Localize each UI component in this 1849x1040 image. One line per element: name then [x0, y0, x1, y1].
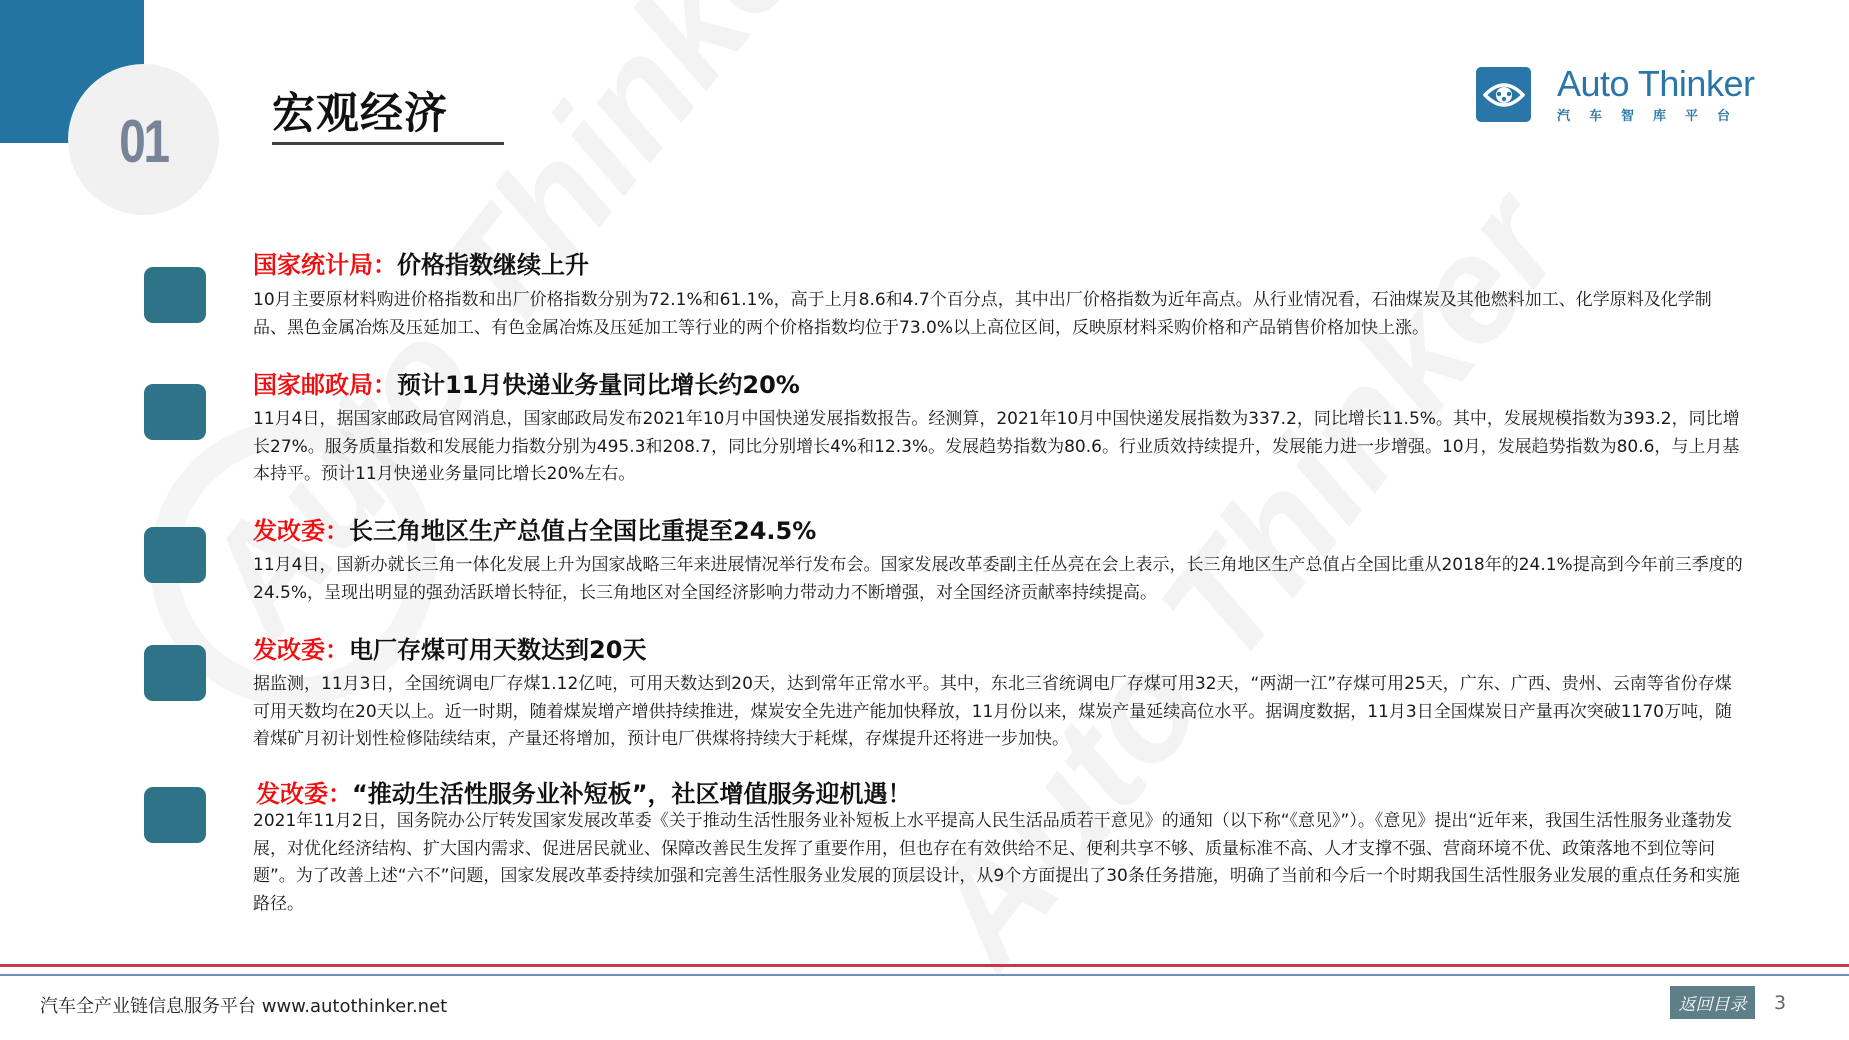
bullet-marker [144, 267, 206, 323]
eye-logo-icon [1476, 67, 1531, 122]
section-headline: 预计11月快递业务量同比增长约20% [397, 371, 800, 399]
bullet-marker [144, 527, 206, 583]
section-headline: 价格指数继续上升 [397, 251, 589, 279]
section-number-badge: 01 [68, 64, 219, 215]
section-number: 01 [119, 107, 168, 176]
bullet-marker [144, 645, 206, 701]
section-source: 国家统计局： [253, 251, 397, 279]
section-body: 据监测，11月3日，全国统调电厂存煤1.12亿吨，可用天数达到20天，达到常年正… [253, 671, 1743, 754]
section-title: 国家统计局：价格指数继续上升 [253, 245, 589, 280]
section-source: 发改委： [256, 780, 352, 808]
section-title: 发改委：长三角地区生产总值占全国比重提至24.5% [253, 511, 816, 546]
logo-subtitle: 汽车智库平台 [1557, 105, 1754, 124]
footer-site-text: 汽车全产业链信息服务平台 www.autothinker.net [40, 992, 447, 1018]
footer-divider-red [0, 964, 1849, 967]
page-number: 3 [1774, 992, 1786, 1014]
section-source: 国家邮政局： [253, 371, 397, 399]
section-body: 11月4日，国新办就长三角一体化发展上升为国家战略三年来进展情况举行发布会。国家… [253, 552, 1743, 607]
section-headline: 电厂存煤可用天数达到20天 [349, 636, 646, 664]
section-title: 发改委：“推动生活性服务业补短板”，社区增值服务迎机遇！ [256, 774, 912, 809]
bullet-marker [144, 384, 206, 440]
title-underline [272, 142, 504, 145]
section-title: 国家邮政局：预计11月快递业务量同比增长约20% [253, 365, 800, 400]
section-title: 发改委：电厂存煤可用天数达到20天 [253, 630, 646, 665]
brand-logo: Auto Thinker 汽车智库平台 [1476, 67, 1754, 124]
section-body: 10月主要原材料购进价格指数和出厂价格指数分别为72.1%和61.1%，高于上月… [253, 287, 1743, 342]
section-headline: “推动生活性服务业补短板”，社区增值服务迎机遇！ [352, 780, 912, 808]
section-source: 发改委： [253, 517, 349, 545]
footer-divider-blue [0, 974, 1849, 976]
bullet-marker [144, 787, 206, 843]
back-to-contents-button[interactable]: 返回目录 [1670, 986, 1755, 1019]
section-headline: 长三角地区生产总值占全国比重提至24.5% [349, 517, 816, 545]
section-source: 发改委： [253, 636, 349, 664]
logo-name: Auto Thinker [1557, 67, 1754, 101]
section-body: 2021年11月2日，国务院办公厅转发国家发展改革委《关于推动生活性服务业补短板… [253, 808, 1743, 918]
section-body: 11月4日，据国家邮政局官网消息，国家邮政局发布2021年10月中国快递发展指数… [253, 406, 1743, 489]
page-title: 宏观经济 [272, 80, 448, 141]
